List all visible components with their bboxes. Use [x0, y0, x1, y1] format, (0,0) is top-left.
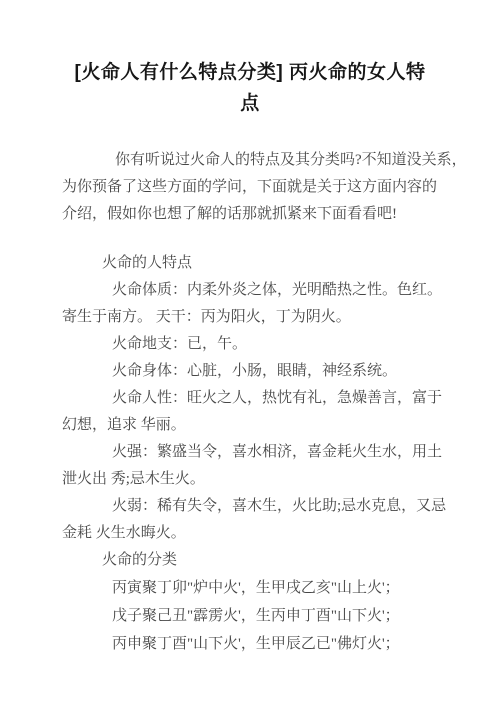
intro-line: 为你预备了这些方面的学问，下面就是关于这方面内容的 — [62, 174, 442, 201]
page-title-line-2: 点 — [0, 88, 500, 119]
feature-line-weak-fire: 火弱：稀有失令，喜木生，火比助;忌水克息，又忌 — [62, 493, 442, 520]
feature-line-constitution: 火命体质：内柔外炎之体，光明酷热之性。色红。 — [62, 277, 442, 304]
page-title-line-1: [火命人有什么特点分类] 丙火命的女人特 — [0, 57, 500, 88]
feature-line-weak-fire: 金耗 火生水晦火。 — [62, 520, 442, 547]
feature-line-strong-fire: 火强：繁盛当令，喜水相济，喜金耗火生水，用土 — [62, 439, 442, 466]
feature-line-personality: 火命人性：旺火之人，热忱有礼，急燥善言，富于 — [62, 385, 442, 412]
document-page: [火命人有什么特点分类] 丙火命的女人特 点 你有听说过火命人的特点及其分类吗?… — [0, 0, 500, 708]
classification-line: 丙寅聚丁卯"炉中火'，生甲戌乙亥"山上火'； — [62, 574, 442, 602]
feature-line-personality: 幻想，追求 华丽。 — [62, 412, 442, 439]
feature-line-earthly-branches: 火命地支：已，午。 — [62, 331, 442, 358]
feature-line-constitution: 寄生于南方。 天干：丙为阳火，丁为阴火。 — [62, 304, 442, 331]
classification-line: 戊子聚己丑"霹雳火'，生丙申丁酉"山下火'； — [62, 602, 442, 630]
section-heading-classification: 火命的分类 — [62, 547, 442, 574]
intro-line: 介绍，假如你也想了解的话那就抓紧来下面看看吧! — [62, 201, 442, 228]
classification-line: 丙申聚丁酉"山下火'，生甲辰乙已"佛灯火'； — [62, 630, 442, 658]
feature-line-body-parts: 火命身体：心脏，小肠，眼睛，神经系统。 — [62, 358, 442, 385]
page-title: [火命人有什么特点分类] 丙火命的女人特 点 — [0, 0, 500, 119]
section-heading-features: 火命的人特点 — [62, 250, 442, 277]
document-body: 你有听说过火命人的特点及其分类吗?不知道没关系， 为你预备了这些方面的学问，下面… — [62, 147, 442, 658]
intro-line: 你有听说过火命人的特点及其分类吗?不知道没关系， — [62, 147, 442, 174]
feature-line-strong-fire: 泄火出 秀;忌木生火。 — [62, 466, 442, 493]
